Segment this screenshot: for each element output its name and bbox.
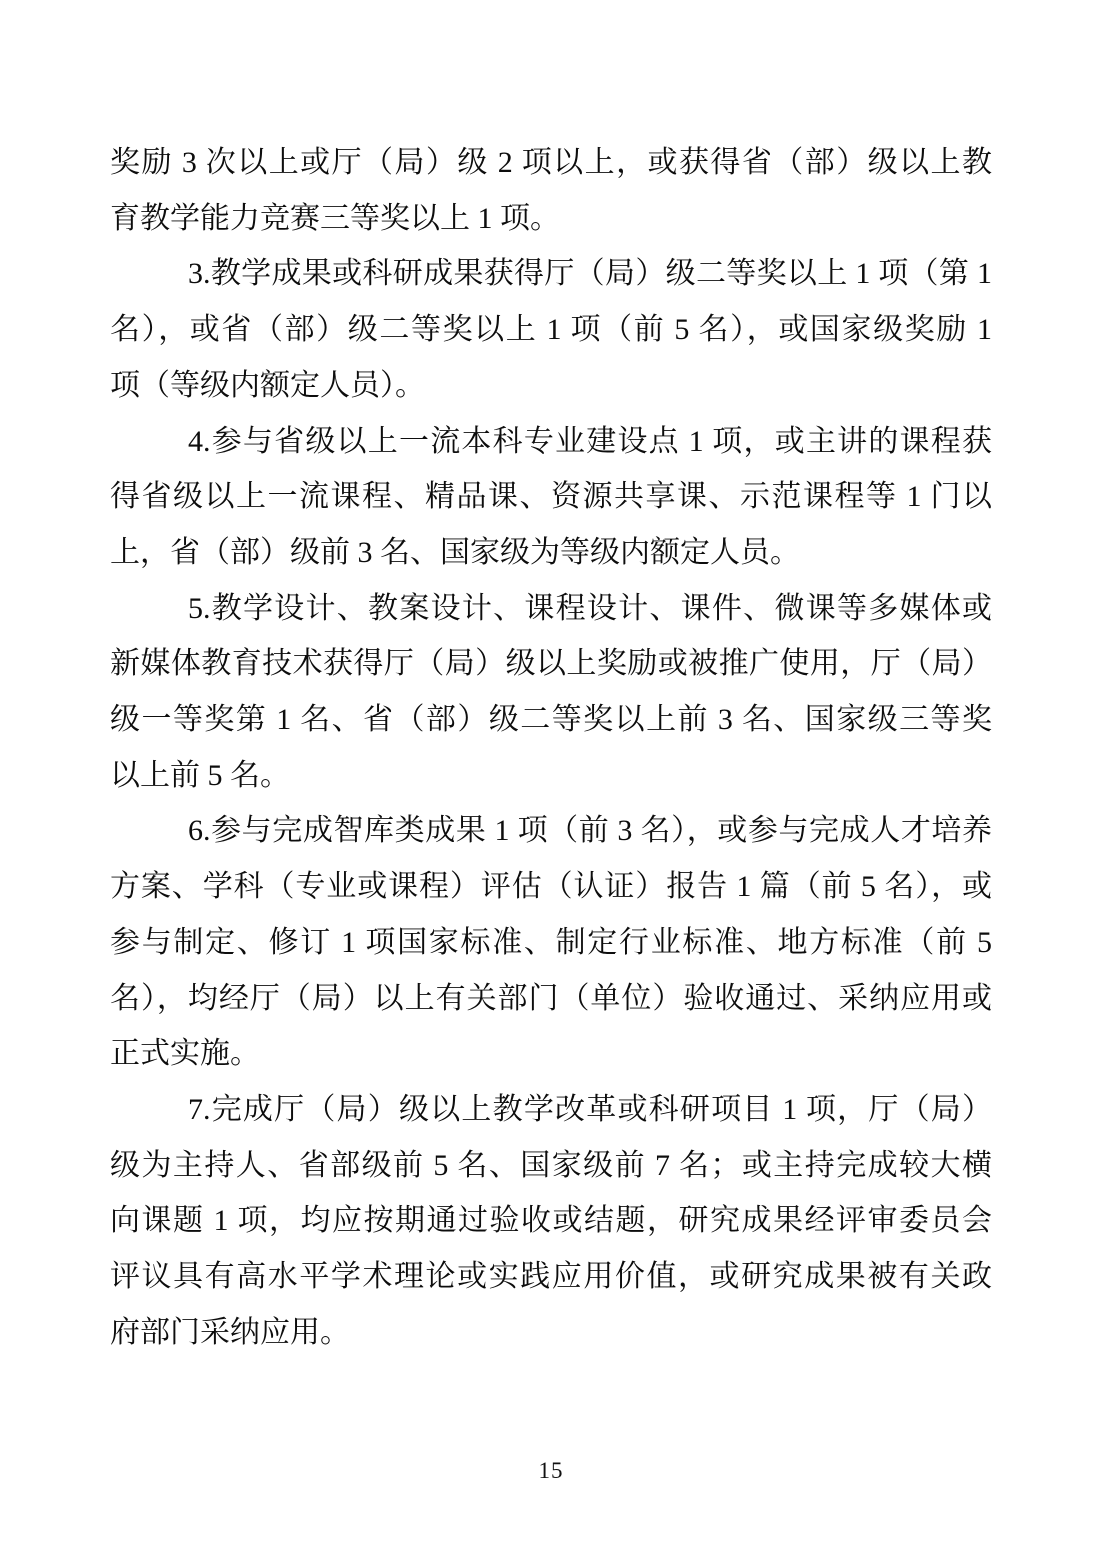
paragraph: 奖励 3 次以上或厅（局）级 2 项以上，或获得省（部）级以上教育教学能力竞赛三… (110, 135, 992, 246)
text-line: 得省级以上一流课程、精品课、资源共享课、示范课程等 1 门以 (110, 469, 992, 525)
paragraph: 4.参与省级以上一流本科专业建设点 1 项，或主讲的课程获得省级以上一流课程、精… (110, 414, 992, 581)
text-line: 4.参与省级以上一流本科专业建设点 1 项，或主讲的课程获 (110, 414, 992, 470)
page-number: 15 (539, 1458, 564, 1483)
paragraph: 5.教学设计、教案设计、课程设计、课件、微课等多媒体或新媒体教育技术获得厅（局）… (110, 581, 992, 804)
text-line: 7.完成厅（局）级以上教学改革或科研项目 1 项，厅（局） (110, 1082, 992, 1138)
text-line: 府部门采纳应用。 (110, 1305, 992, 1361)
text-line: 以上前 5 名。 (110, 748, 992, 804)
text-line: 级一等奖第 1 名、省（部）级二等奖以上前 3 名、国家级三等奖 (110, 692, 992, 748)
text-line: 名），或省（部）级二等奖以上 1 项（前 5 名），或国家级奖励 1 (110, 302, 992, 358)
text-line: 6.参与完成智库类成果 1 项（前 3 名），或参与完成人才培养 (110, 803, 992, 859)
text-line: 奖励 3 次以上或厅（局）级 2 项以上，或获得省（部）级以上教 (110, 135, 992, 191)
text-line: 级为主持人、省部级前 5 名、国家级前 7 名；或主持完成较大横 (110, 1138, 992, 1194)
text-line: 向课题 1 项，均应按期通过验收或结题，研究成果经评审委员会 (110, 1193, 992, 1249)
document-body: 奖励 3 次以上或厅（局）级 2 项以上，或获得省（部）级以上教育教学能力竞赛三… (110, 135, 992, 1360)
text-line: 育教学能力竞赛三等奖以上 1 项。 (110, 191, 992, 247)
text-line: 名），均经厅（局）以上有关部门（单位）验收通过、采纳应用或 (110, 971, 992, 1027)
text-line: 3.教学成果或科研成果获得厅（局）级二等奖以上 1 项（第 1 (110, 246, 992, 302)
text-line: 正式实施。 (110, 1026, 992, 1082)
paragraph: 7.完成厅（局）级以上教学改革或科研项目 1 项，厅（局）级为主持人、省部级前 … (110, 1082, 992, 1361)
page-footer: 15 (0, 1458, 1102, 1484)
paragraph: 3.教学成果或科研成果获得厅（局）级二等奖以上 1 项（第 1名），或省（部）级… (110, 246, 992, 413)
text-line: 评议具有高水平学术理论或实践应用价值，或研究成果被有关政 (110, 1249, 992, 1305)
text-line: 项（等级内额定人员）。 (110, 358, 992, 414)
text-line: 方案、学科（专业或课程）评估（认证）报告 1 篇（前 5 名），或 (110, 859, 992, 915)
text-line: 参与制定、修订 1 项国家标准、制定行业标准、地方标准（前 5 (110, 915, 992, 971)
text-line: 新媒体教育技术获得厅（局）级以上奖励或被推广使用，厅（局） (110, 636, 992, 692)
document-page: 奖励 3 次以上或厅（局）级 2 项以上，或获得省（部）级以上教育教学能力竞赛三… (0, 0, 1102, 1559)
paragraph: 6.参与完成智库类成果 1 项（前 3 名），或参与完成人才培养方案、学科（专业… (110, 803, 992, 1082)
text-line: 上，省（部）级前 3 名、国家级为等级内额定人员。 (110, 525, 992, 581)
text-line: 5.教学设计、教案设计、课程设计、课件、微课等多媒体或 (110, 581, 992, 637)
